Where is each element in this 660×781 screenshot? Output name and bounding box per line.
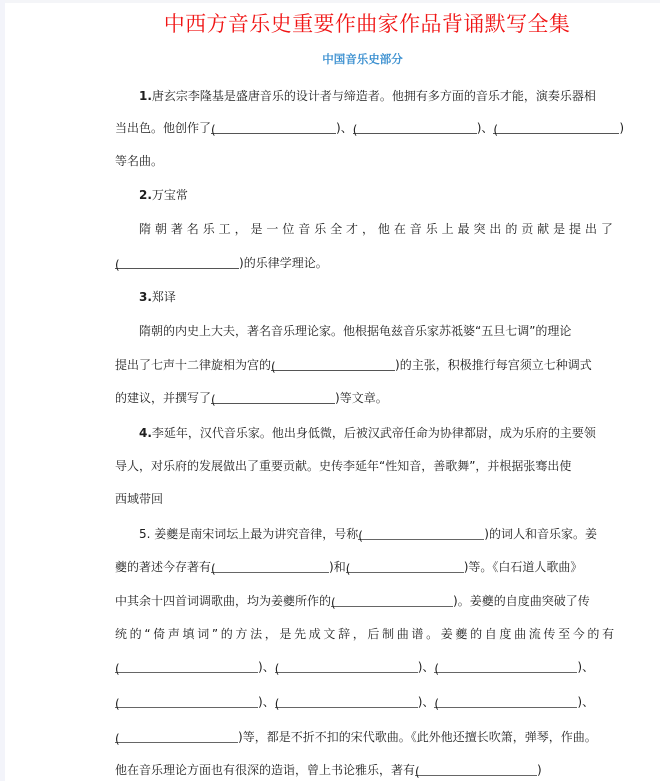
item-1-line-3: 等名曲。 — [115, 151, 615, 171]
item-2-heading: 2.万宝常 — [115, 185, 639, 205]
fill-blank[interactable]: ( — [275, 659, 418, 673]
document-title: 中西方音乐史重要作曲家作品背诵默写全集 — [152, 8, 582, 38]
fill-blank[interactable]: ( — [115, 659, 258, 673]
item-4-line-2: 导人，对乐府的发展做出了重要贡献。史传李延年“性知音，善歌舞”，并根据张骞出使 — [115, 456, 615, 476]
fill-blank[interactable]: ( — [275, 694, 418, 708]
item-number: 1. — [139, 89, 152, 103]
item-5-line-1: 5. 姜夔是南宋词坛上最为讲究音律，号称()的词人和音乐家。姜 — [115, 524, 639, 544]
item-1-line-2: 当出色。他创作了()、()、() — [115, 118, 615, 138]
item-5-line-2: 夔的著述今存著有()和()等。《白石道人歌曲》 — [115, 557, 615, 577]
item-2-line-1: 隋朝著名乐工，是一位音乐全才，他在音乐上最突出的贡献是提出了 — [115, 219, 615, 239]
item-5-line-3: 中其余十四首词调歌曲，均为姜夔所作的()。姜夔的自度曲突破了传 — [115, 591, 615, 611]
item-3-line-3: 的建议，并撰写了()等文章。 — [115, 388, 615, 408]
item-3-line-1: 隋朝的内史上大夫，著名音乐理论家。他根据龟兹音乐家苏祗婆“五旦七调”的理论 — [115, 321, 639, 341]
item-3-heading: 3.郑译 — [115, 287, 639, 307]
fill-blank[interactable]: ( — [115, 694, 258, 708]
fill-blank[interactable]: ( — [115, 255, 239, 269]
fill-blank[interactable]: ( — [434, 694, 577, 708]
fill-blank[interactable]: ( — [346, 559, 464, 573]
item-5-line-5: ()等，都是不折不扣的宋代歌曲。《此外他还擅长吹箫，弹琴，作曲。 — [115, 727, 615, 747]
item-1-line-1: 1.唐玄宗李隆基是盛唐音乐的设计者与缔造者。他拥有多方面的音乐才能，演奏乐器相 — [115, 86, 639, 106]
fill-blank[interactable]: ( — [271, 357, 395, 371]
fill-blank[interactable]: ( — [415, 762, 537, 776]
fill-blank[interactable]: ( — [353, 120, 477, 134]
fill-blank[interactable]: ( — [211, 120, 336, 134]
item-5-line-6: 他在音乐理论方面也有很深的造诣，曾上书论雅乐，著有() — [115, 760, 615, 780]
item-4-line-1: 4.李延年，汉代音乐家。他出身低微，后被汉武帝任命为协律都尉，成为乐府的主要领 — [115, 423, 639, 443]
section-title: 中国音乐史部分 — [0, 51, 660, 67]
fill-blank[interactable]: ( — [434, 659, 577, 673]
item-5-blanks-row-1: ()、()、()、 — [115, 657, 615, 677]
item-2-line-2: ()的乐律学理论。 — [115, 253, 615, 273]
fill-blank[interactable]: ( — [211, 559, 329, 573]
fill-blank[interactable]: ( — [115, 729, 238, 743]
document-page: 中西方音乐史重要作曲家作品背诵默写全集 中国音乐史部分 1.唐玄宗李隆基是盛唐音… — [0, 0, 660, 781]
item-5-line-4: 统的“倚声填词”的方法，是先成文辞，后制曲谱。姜夔的自度曲流传至今的有 — [115, 624, 615, 644]
fill-blank[interactable]: ( — [493, 120, 619, 134]
fill-blank[interactable]: ( — [331, 593, 453, 607]
fill-blank[interactable]: ( — [358, 526, 484, 540]
item-3-line-2: 提出了七声十二律旋相为宫的()的主张，积极推行每宫须立七种调式 — [115, 355, 615, 375]
item-4-line-3: 西域带回 — [115, 489, 615, 509]
item-5-blanks-row-2: ()、()、()、 — [115, 692, 615, 712]
fill-blank[interactable]: ( — [211, 390, 335, 404]
